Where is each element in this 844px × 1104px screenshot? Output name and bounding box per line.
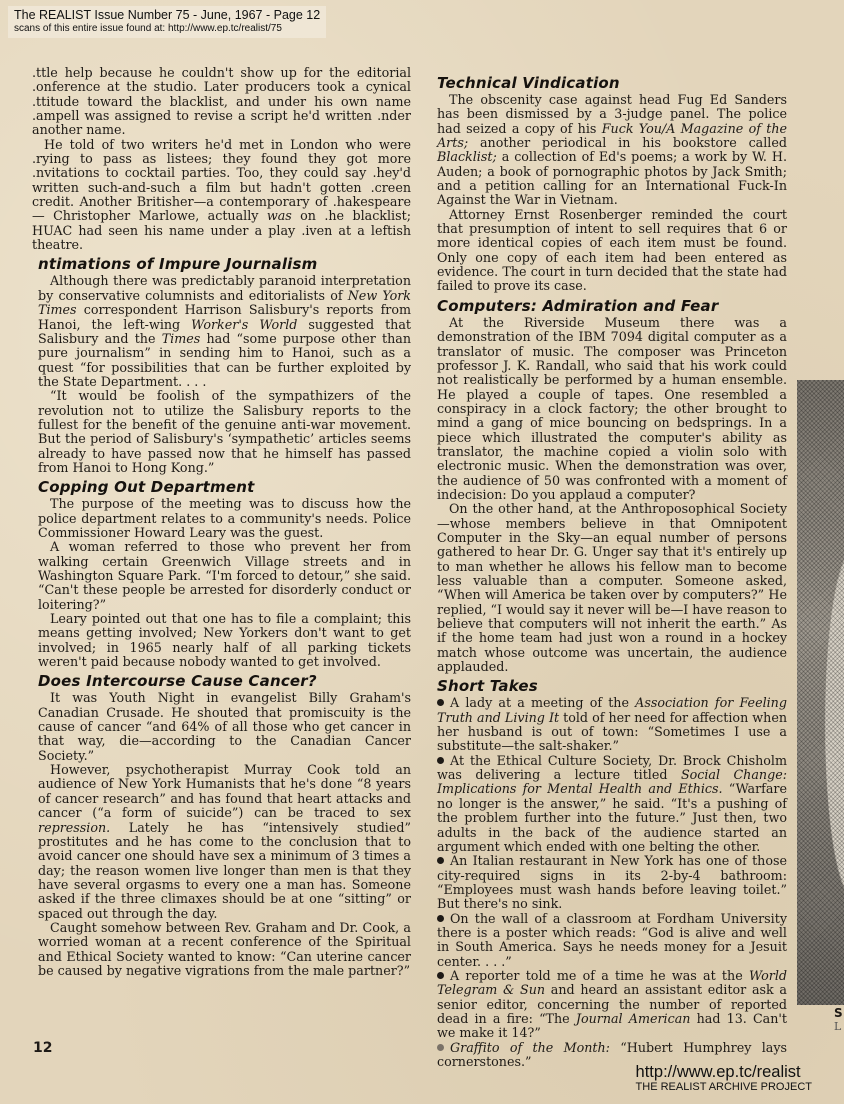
short-take-item: A lady at a meeting of the Association f… <box>437 696 787 753</box>
section-heading-copping: Copping Out Department <box>38 478 411 496</box>
continued-article: .ttle help because he couldn't show up f… <box>32 66 411 252</box>
section-heading-short-takes: Short Takes <box>437 677 787 695</box>
paragraph: Attorney Ernst Rosenberger reminded the … <box>437 208 787 294</box>
photo-caption: S L <box>834 1006 843 1034</box>
banner-subtitle: scans of this entire issue found at: htt… <box>14 23 320 35</box>
paragraph: “It would be foolish of the sympathizers… <box>38 389 411 475</box>
paragraph: He told of two writers he'd met in Londo… <box>32 138 411 253</box>
short-take-item: At the Ethical Culture Society, Dr. Broc… <box>437 754 787 854</box>
section-heading-computers: Computers: Admiration and Fear <box>437 297 787 315</box>
paragraph: It was Youth Night in evangelist Billy G… <box>38 691 411 763</box>
bullet-icon <box>437 857 444 864</box>
bullet-icon <box>437 915 444 922</box>
archive-banner: The REALIST Issue Number 75 - June, 1967… <box>8 6 326 38</box>
section-heading-cancer: Does Intercourse Cause Cancer? <box>38 672 411 690</box>
section-heading-technical: Technical Vindication <box>437 74 787 92</box>
paragraph: However, psychotherapist Murray Cook tol… <box>38 763 411 921</box>
paragraph: The purpose of the meeting was to discus… <box>38 497 411 540</box>
bullet-icon <box>437 972 444 979</box>
short-take-item: On the wall of a classroom at Fordham Un… <box>437 912 787 969</box>
paragraph: A woman referred to those who prevent he… <box>38 540 411 612</box>
short-take-item: An Italian restaurant in New York has on… <box>437 854 787 911</box>
bullet-icon <box>437 1044 444 1051</box>
page-number: 12 <box>33 1040 52 1056</box>
archive-url-link[interactable]: http://www.ep.tc/realist <box>636 1063 812 1081</box>
banner-title: The REALIST Issue Number 75 - June, 1967… <box>14 8 320 23</box>
paragraph: Although there was predictably paranoid … <box>38 274 411 389</box>
short-take-item: A reporter told me of a time he was at t… <box>437 969 787 1041</box>
halftone-photo-edge <box>797 380 844 1005</box>
paragraph: Caught somehow between Rev. Graham and D… <box>38 921 411 978</box>
paragraph: .ttle help because he couldn't show up f… <box>32 66 411 138</box>
bullet-icon <box>437 757 444 764</box>
paragraph: On the other hand, at the Anthroposophic… <box>437 502 787 674</box>
section-heading-intimations: ntimations of Impure Journalism <box>38 255 411 273</box>
right-column: Technical Vindication The obscenity case… <box>437 74 787 1069</box>
archive-footer: http://www.ep.tc/realist THE REALIST ARC… <box>636 1063 812 1094</box>
paragraph: At the Riverside Museum there was a demo… <box>437 316 787 502</box>
paragraph: Leary pointed out that one has to file a… <box>38 612 411 669</box>
paragraph: The obscenity case against head Fug Ed S… <box>437 93 787 208</box>
bullet-icon <box>437 699 444 706</box>
archive-project-label: THE REALIST ARCHIVE PROJECT <box>636 1081 812 1094</box>
left-column: .ttle help because he couldn't show up f… <box>38 66 411 978</box>
